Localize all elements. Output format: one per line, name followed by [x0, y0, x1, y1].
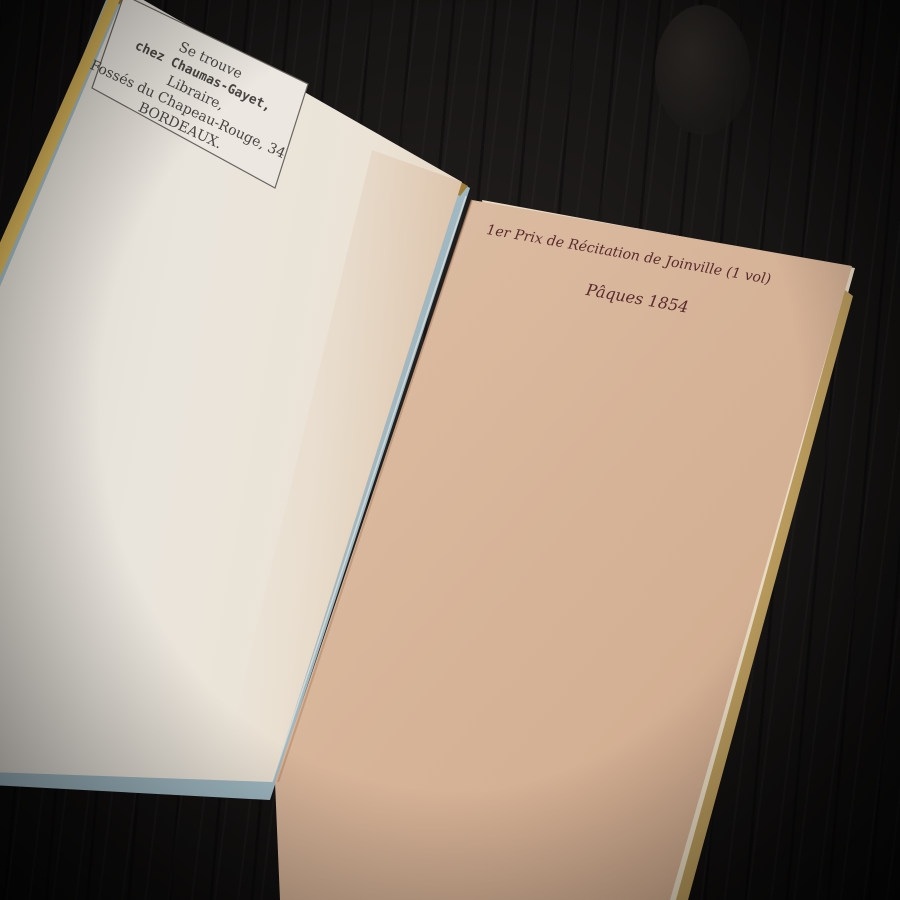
open-book — [0, 0, 900, 900]
